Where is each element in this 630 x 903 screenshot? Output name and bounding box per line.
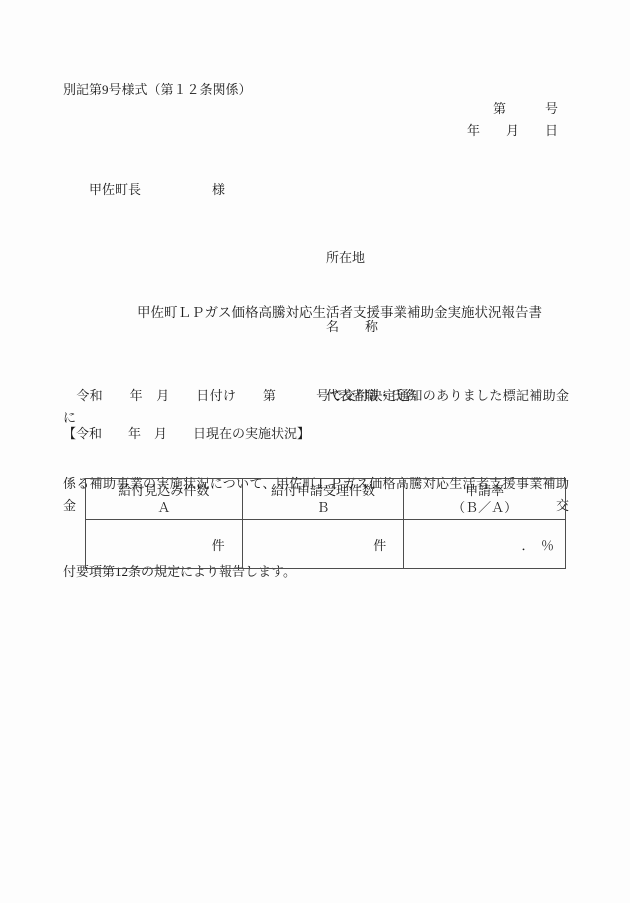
header-cell-accepted-count: 給付申請受理件数 Ｂ — [242, 479, 404, 520]
value-cell-accepted-count: 件 — [242, 520, 404, 569]
header-label: 給付申請受理件数 — [243, 482, 404, 499]
document-title: 甲佐町ＬＰガス価格高騰対応生活者支援事業補助金実施状況報告書 — [137, 301, 542, 321]
header-label: 申請率 — [404, 482, 565, 499]
header-cell-application-rate: 申請率 （Ｂ／Ａ） — [404, 479, 566, 520]
addressee-name: 甲佐町長 — [89, 182, 141, 197]
addressee-honorific: 様 — [212, 182, 225, 197]
report-table: 給付見込み件数 Ａ 給付申請受理件数 Ｂ 申請率 （Ｂ／Ａ） 件 件 ． ％ — [85, 478, 566, 569]
date-line: 年 月 日 — [430, 120, 558, 139]
table-header-row: 給付見込み件数 Ａ 給付申請受理件数 Ｂ 申請率 （Ｂ／Ａ） — [86, 479, 566, 520]
value-cell-expected-count: 件 — [86, 520, 243, 569]
sender-address-label: 所在地 — [326, 246, 417, 269]
status-heading: 【令和 年 月 日現在の実施状況】 — [63, 423, 310, 442]
document-page: 別記第9号様式（第１２条関係） 第 号 年 月 日 甲佐町長様 所在地 名 称 … — [0, 0, 630, 903]
table-value-row: 件 件 ． ％ — [86, 520, 566, 569]
header-sublabel: （Ｂ／Ａ） — [404, 499, 565, 516]
header-cell-expected-count: 給付見込み件数 Ａ — [86, 479, 243, 520]
header-label: 給付見込み件数 — [86, 482, 242, 499]
header-sublabel: Ｂ — [243, 499, 404, 516]
value-cell-application-rate: ． ％ — [404, 520, 566, 569]
form-number-label: 別記第9号様式（第１２条関係） — [63, 79, 252, 98]
doc-number-line: 第 号 — [430, 98, 558, 117]
header-sublabel: Ａ — [86, 499, 242, 516]
addressee-line: 甲佐町長様 — [76, 163, 225, 214]
